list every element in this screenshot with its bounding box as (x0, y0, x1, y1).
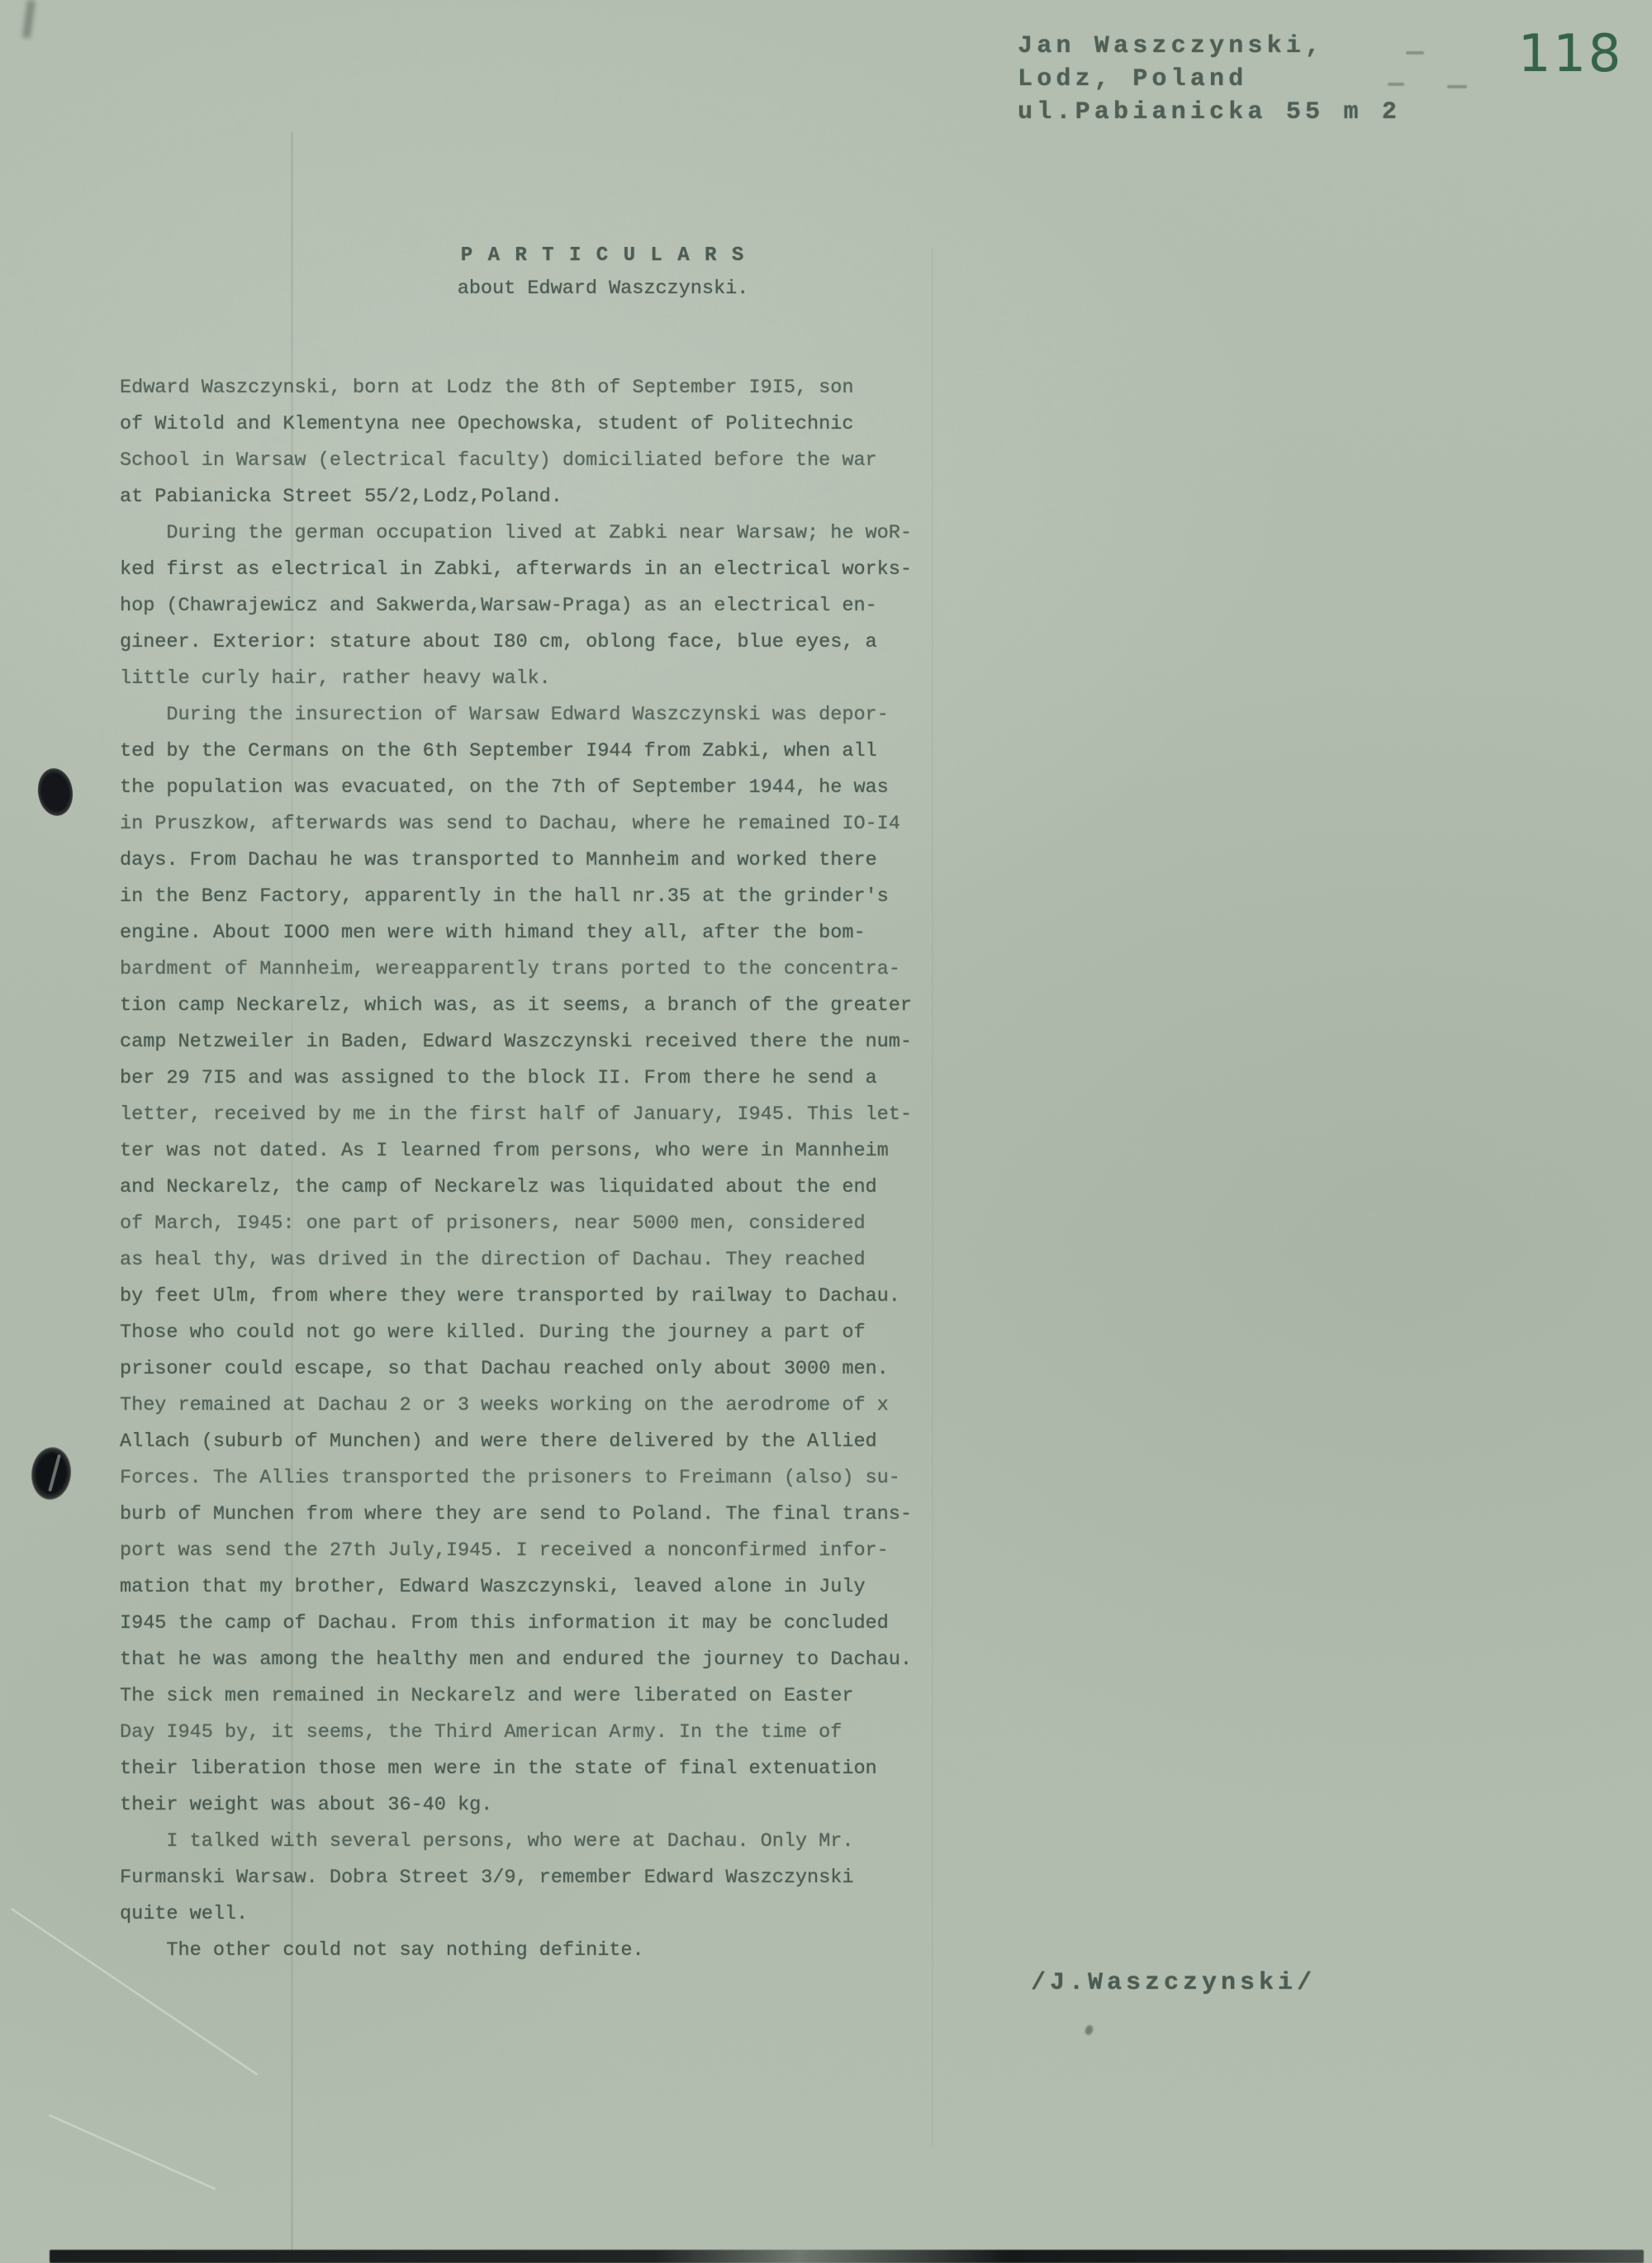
document-line: prisoner could escape, so that Dachau re… (120, 1351, 912, 1388)
pencil-dash-mark (1406, 51, 1424, 55)
document-line: letter, received by me in the first half… (120, 1097, 912, 1133)
document-line: ber 29 7I5 and was assigned to the block… (120, 1060, 912, 1097)
page-number: 118 (1518, 23, 1623, 83)
signature: /J.Waszczynski/ (1031, 1969, 1316, 1997)
title-block: P A R T I C U L A R S about Edward Waszc… (330, 244, 876, 300)
scan-edge-mark (22, 0, 36, 38)
document-line: port was send the 27th July,I945. I rece… (120, 1533, 912, 1569)
document-line: their liberation those men were in the s… (120, 1751, 912, 1787)
document-line: burb of Munchen from where they are send… (120, 1497, 912, 1533)
document-line: days. From Dachau he was transported to … (120, 842, 912, 879)
document-line: Those who could not go were killed. Duri… (120, 1315, 912, 1351)
document-line: and Neckarelz, the camp of Neckarelz was… (120, 1169, 912, 1206)
document-line: Day I945 by, it seems, the Third America… (120, 1715, 912, 1751)
document-line: by feet Ulm, from where they were transp… (120, 1279, 912, 1315)
document-line: as heal thy, was drived in the direction… (120, 1242, 912, 1279)
document-line: Allach (suburb of Munchen) and were ther… (120, 1424, 912, 1460)
document-line: bardment of Mannheim, wereapparently tra… (120, 951, 912, 988)
document-line: engine. About IOOO men were with himand … (120, 915, 912, 951)
document-line: ter was not dated. As I learned from per… (120, 1133, 912, 1169)
document-line: in the Benz Factory, apparently in the h… (120, 879, 912, 915)
document-line: Furmanski Warsaw. Dobra Street 3/9, reme… (120, 1860, 912, 1896)
body-text: Edward Waszczynski, born at Lodz the 8th… (120, 370, 912, 1969)
sender-line: Jan Waszczynski, (1018, 30, 1401, 63)
sender-line: Lodz, Poland (1018, 63, 1401, 96)
document-line: quite well. (120, 1896, 912, 1933)
document-line: of March, I945: one part of prisoners, n… (120, 1206, 912, 1242)
document-line: The sick men remained in Neckarelz and w… (120, 1678, 912, 1715)
scan-scratch (49, 2114, 216, 2189)
document-line: Forces. The Allies transported the priso… (120, 1460, 912, 1497)
document-line: During the german occupation lived at Za… (120, 515, 912, 552)
document-line: little curly hair, rather heavy walk. (120, 661, 912, 697)
paper-fold-line (932, 248, 933, 2147)
document-line: hop (Chawrajewicz and Sakwerda,Warsaw-Pr… (120, 588, 912, 624)
document-line: They remained at Dachau 2 or 3 weeks wor… (120, 1388, 912, 1424)
document-line: in Pruszkow, afterwards was send to Dach… (120, 806, 912, 842)
ink-smudge (1084, 2024, 1094, 2036)
document-line: the population was evacuated, on the 7th… (120, 770, 912, 806)
document-title: P A R T I C U L A R S (330, 244, 876, 267)
document-line: mation that my brother, Edward Waszczyns… (120, 1569, 912, 1606)
document-line: During the insurection of Warsaw Edward … (120, 697, 912, 733)
hole-punch-top (35, 766, 76, 818)
document-line: The other could not say nothing definite… (120, 1933, 912, 1969)
sender-line: ul.Pabianicka 55 m 2 (1018, 96, 1401, 129)
document-line: gineer. Exterior: stature about I80 cm, … (120, 624, 912, 661)
pencil-dash-mark (1388, 83, 1404, 86)
document-line: Edward Waszczynski, born at Lodz the 8th… (120, 370, 912, 406)
document-line: ked first as electrical in Zabki, afterw… (120, 552, 912, 588)
scanned-document-page: Jan Waszczynski,Lodz, Polandul.Pabianick… (0, 0, 1652, 2263)
hole-punch-bottom (29, 1445, 74, 1502)
document-line: I945 the camp of Dachau. From this infor… (120, 1606, 912, 1642)
document-line: that he was among the healthy men and en… (120, 1642, 912, 1678)
pencil-dash-mark (1447, 85, 1467, 88)
document-subtitle: about Edward Waszczynski. (330, 278, 876, 300)
scan-artifact-bottom-edge (50, 2250, 1644, 2263)
document-line: ted by the Cermans on the 6th September … (120, 733, 912, 770)
sender-block: Jan Waszczynski,Lodz, Polandul.Pabianick… (1018, 30, 1401, 129)
document-line: tion camp Neckarelz, which was, as it se… (120, 988, 912, 1024)
document-line: their weight was about 36-40 kg. (120, 1787, 912, 1824)
document-line: I talked with several persons, who were … (120, 1824, 912, 1860)
document-line: at Pabianicka Street 55/2,Lodz,Poland. (120, 479, 912, 515)
document-line: of Witold and Klementyna nee Opechowska,… (120, 406, 912, 443)
document-line: camp Netzweiler in Baden, Edward Waszczy… (120, 1024, 912, 1060)
document-line: School in Warsaw (electrical faculty) do… (120, 443, 912, 479)
